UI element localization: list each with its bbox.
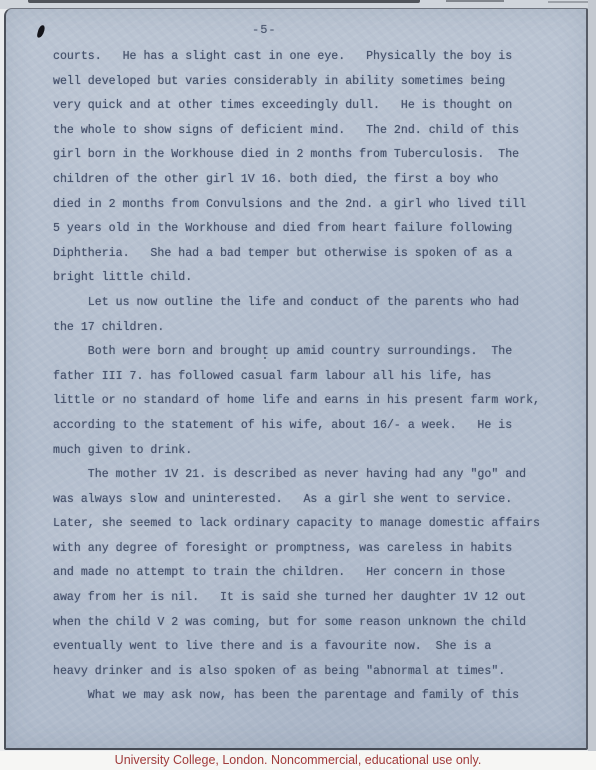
text-line: The mother 1V 21. is described as never … [53,463,540,488]
text-line: much given to drink. [53,439,540,464]
text-line: Diphtheria. She had a bad temper but oth… [53,242,540,267]
paper-speck [334,298,337,301]
text-line: bright little child. [53,266,540,291]
ink-blot-mark [37,24,46,38]
attribution-strip: University College, London. Noncommercia… [0,751,596,770]
text-line: heavy drinker and is also spoken of as b… [53,660,540,685]
text-line: according to the statement of his wife, … [53,414,540,439]
text-line: the 17 children. [53,316,540,341]
text-line: died in 2 months from Convulsions and th… [53,193,540,218]
paper-sheet: -5- courts. He has a slight cast in one … [4,8,588,750]
page-number: -5- [252,23,277,37]
typewritten-text-block: courts. He has a slight cast in one eye.… [53,45,540,709]
text-line: children of the other girl 1V 16. both d… [53,168,540,193]
text-line: very quick and at other times exceedingl… [53,94,540,119]
text-line: with any degree of foresight or promptne… [53,537,540,562]
text-line: What we may ask now, has been the parent… [53,684,540,709]
top-edge-shadow [28,0,420,3]
text-line: courts. He has a slight cast in one eye.… [53,45,540,70]
paper-speck [264,357,266,359]
photo-right-edge [588,0,596,751]
text-line: well developed but varies considerably i… [53,70,540,95]
text-line: and made no attempt to train the childre… [53,561,540,586]
text-line: 5 years old in the Workhouse and died fr… [53,217,540,242]
top-edge-shadow [446,0,504,2]
text-line: girl born in the Workhouse died in 2 mon… [53,143,540,168]
text-line: when the child V 2 was coming, but for s… [53,611,540,636]
text-line: the whole to show signs of deficient min… [53,119,540,144]
text-line: little or no standard of home life and e… [53,389,540,414]
attribution-caption: University College, London. Noncommercia… [0,751,596,769]
text-line: Later, she seemed to lack ordinary capac… [53,512,540,537]
text-line: Let us now outline the life and conduct … [53,291,540,316]
text-line: was always slow and uninterested. As a g… [53,488,540,513]
text-line: away from her is nil. It is said she tur… [53,586,540,611]
text-line: Both were born and brought up amid count… [53,340,540,365]
text-line: father III 7. has followed casual farm l… [53,365,540,390]
text-line: eventually went to live there and is a f… [53,635,540,660]
scanned-document-photo: -5- courts. He has a slight cast in one … [0,0,596,770]
